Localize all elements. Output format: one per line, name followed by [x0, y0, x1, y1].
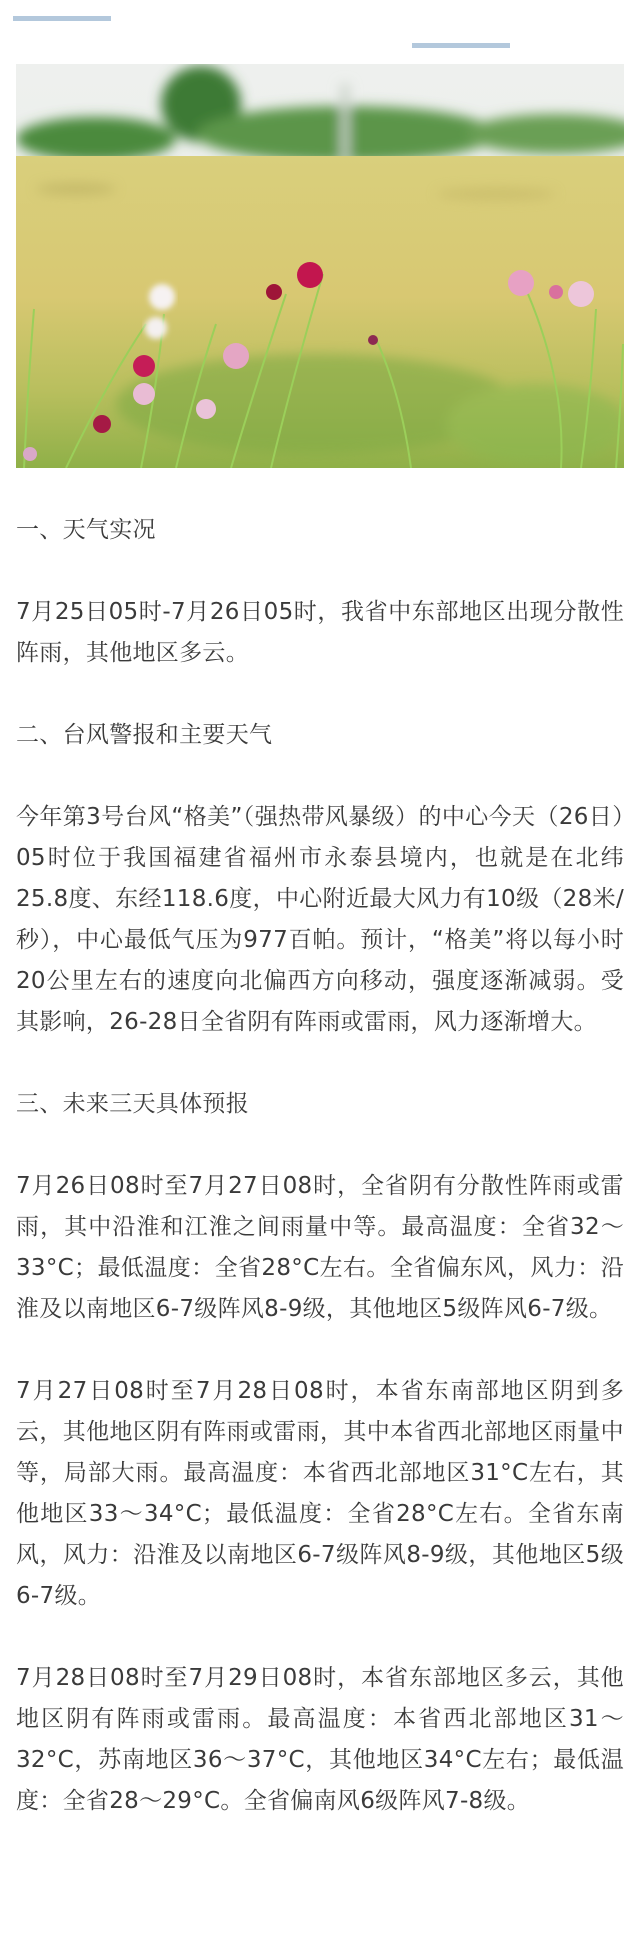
paragraph-forecast-day-2: 7月27日08时至7月28日08时，本省东南部地区阴到多云，其他地区阴有阵雨或雷… [16, 1371, 624, 1617]
photo-image-icon [16, 64, 624, 468]
paragraph-forecast-day-3: 7月28日08时至7月29日08时，本省东部地区多云，其他地区阴有阵雨或雷雨。最… [16, 1658, 624, 1822]
paragraph-weather-observation: 7月25日05时-7月26日05时，我省中东部地区出现分散性阵雨，其他地区多云。 [16, 592, 624, 674]
section-heading-three-day-forecast: 三、未来三天具体预报 [16, 1084, 624, 1125]
hero-photo [16, 64, 624, 468]
decorative-divider-right [412, 43, 510, 48]
section-heading-weather-observation: 一、天气实况 [16, 510, 624, 551]
section-heading-typhoon-warning: 二、台风警报和主要天气 [16, 715, 624, 756]
decorative-divider-left [13, 16, 111, 21]
paragraph-forecast-day-1: 7月26日08时至7月27日08时，全省阴有分散性阵雨或雷雨，其中沿淮和江淮之间… [16, 1166, 624, 1330]
article-body: 一、天气实况 7月25日05时-7月26日05时，我省中东部地区出现分散性阵雨，… [16, 510, 624, 1863]
paragraph-typhoon-warning: 今年第3号台风“格美”（强热带风暴级）的中心今天（26日）05时位于我国福建省福… [16, 797, 624, 1043]
